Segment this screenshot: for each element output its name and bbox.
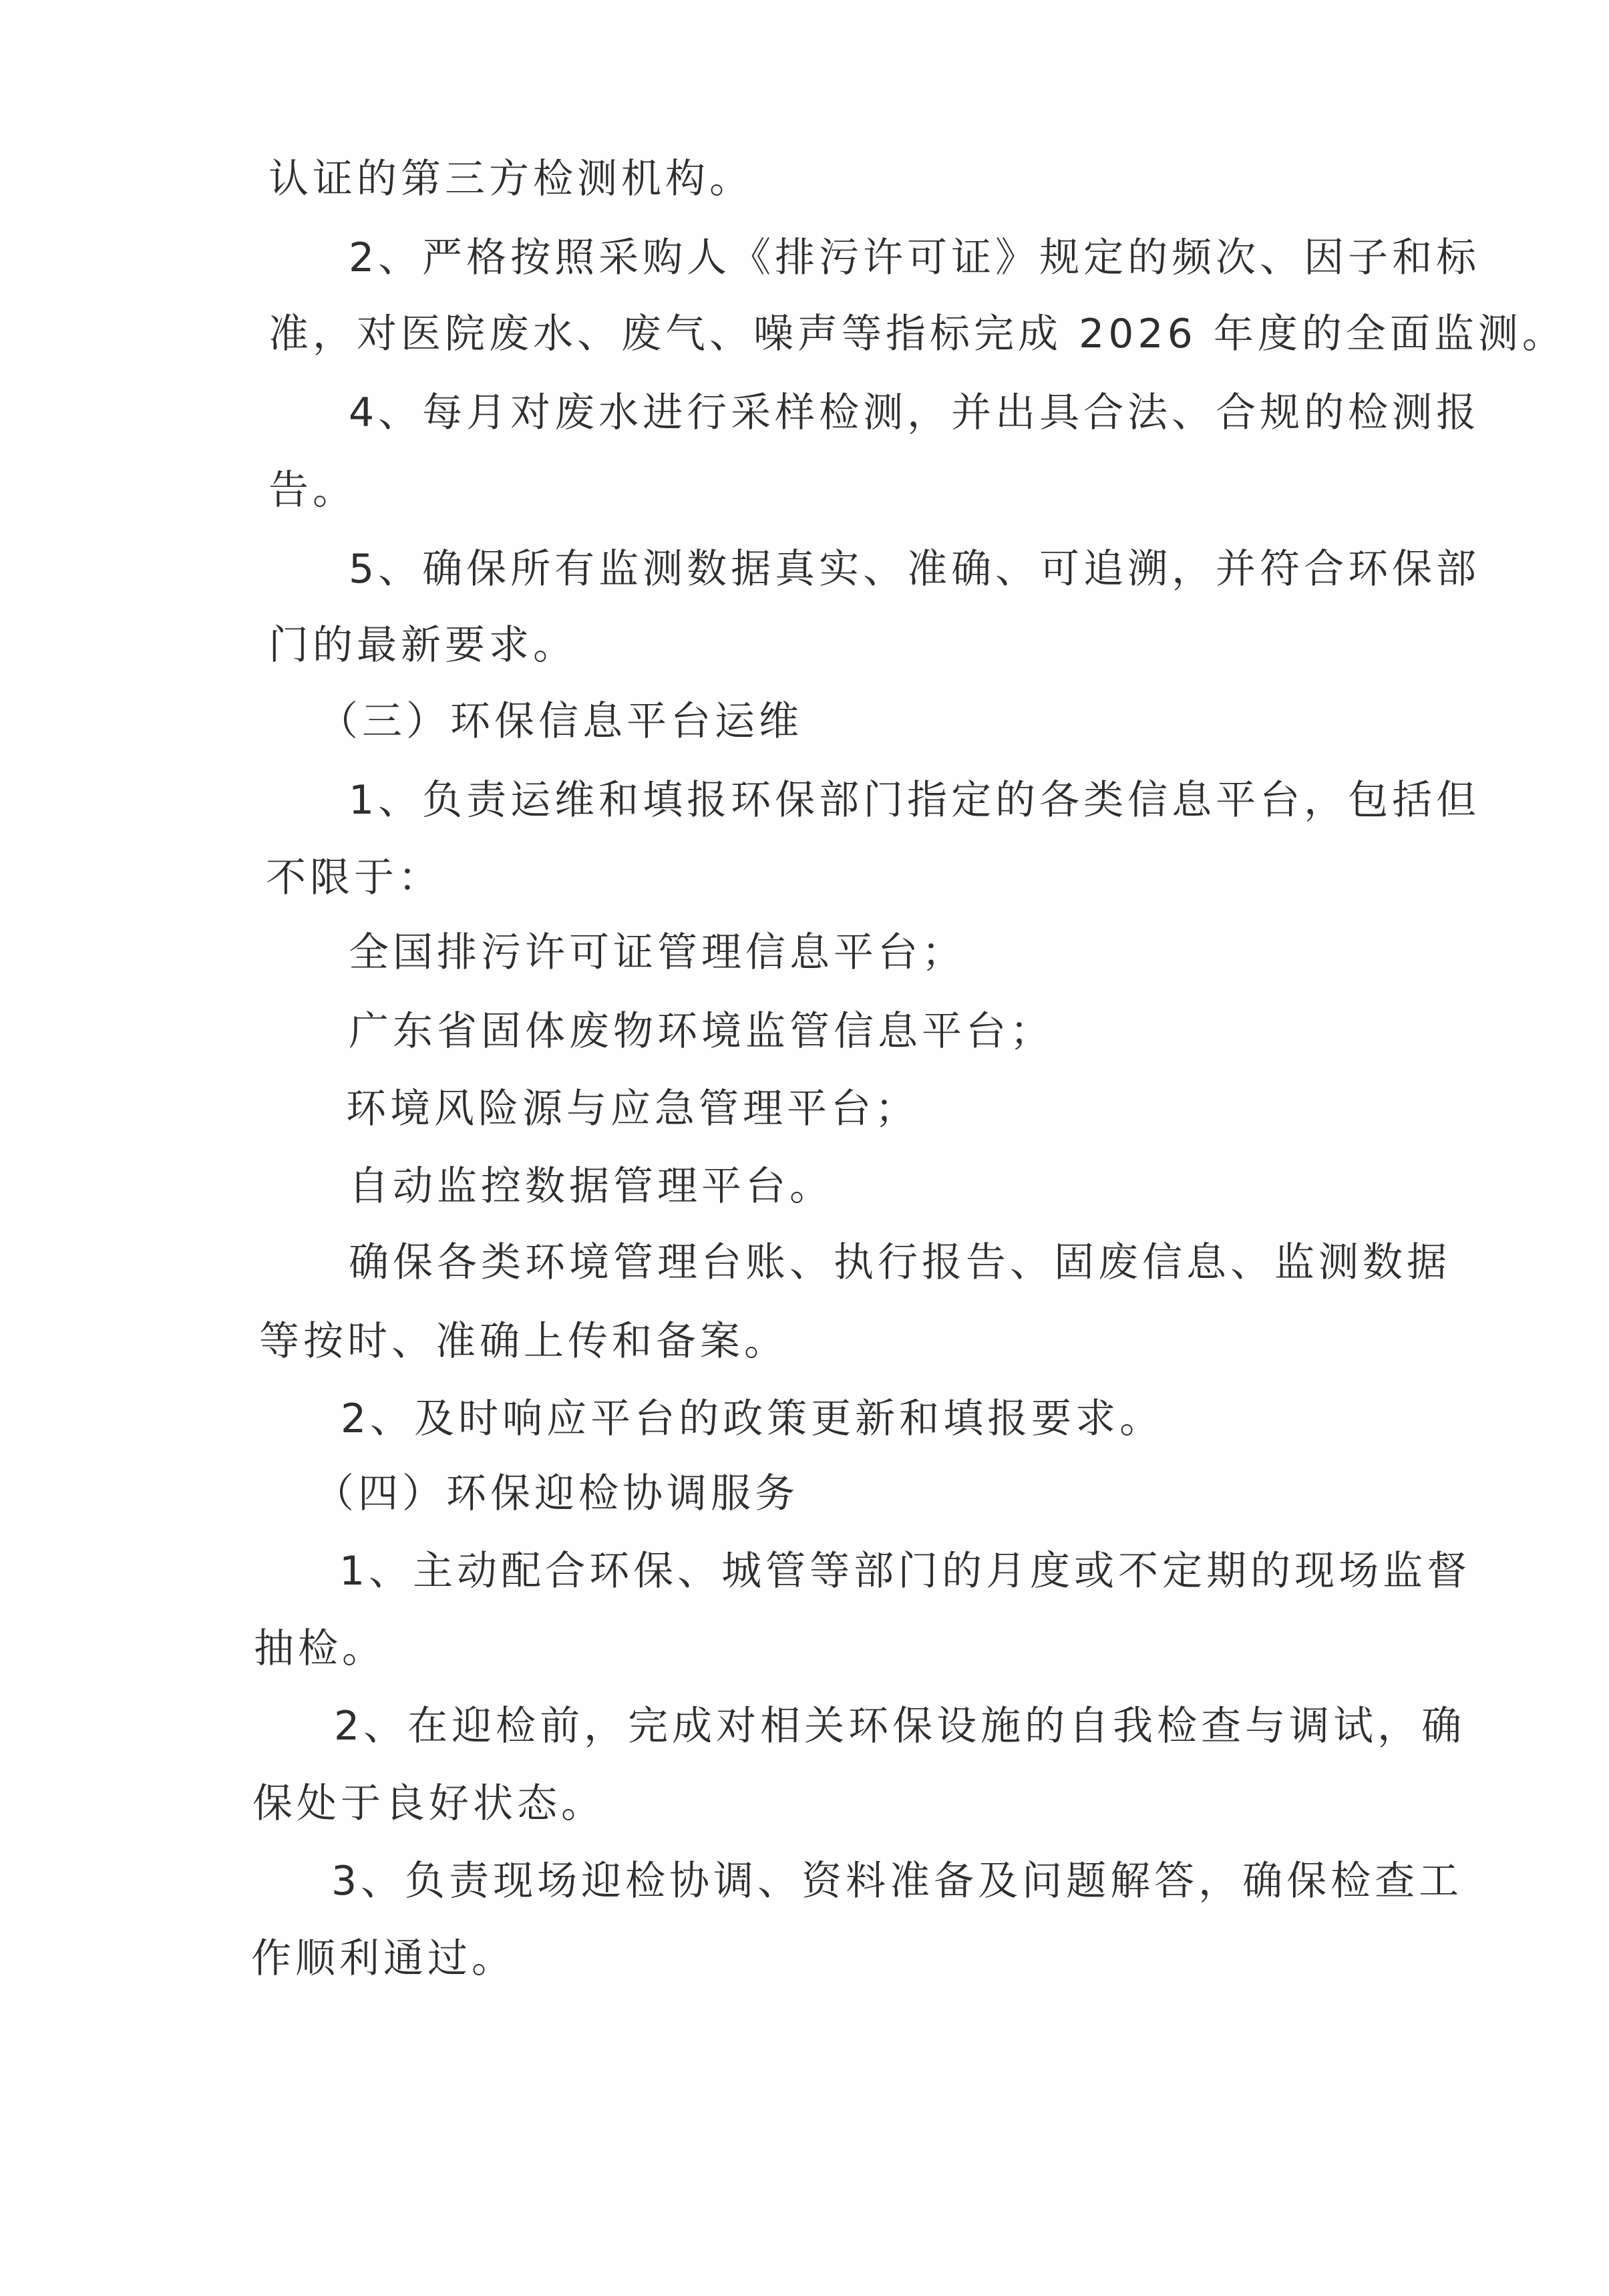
body-text-line: 作顺利通过。 <box>251 1932 516 1985</box>
platform-item: 广东省固体废物环境监管信息平台； <box>349 1005 1054 1058</box>
platform-item: 自动监控数据管理平台。 <box>349 1160 834 1213</box>
list-item-2: 2、在迎检前，完成对相关环保设施的自我检查与调试，确 <box>334 1699 1465 1753</box>
body-text-line: 告。 <box>269 464 357 517</box>
list-item-4: 4、每月对废水进行采样检测，并出具合法、合规的检测报 <box>349 386 1480 440</box>
list-item-5: 5、确保所有监测数据真实、准确、可追溯，并符合环保部 <box>349 542 1480 596</box>
list-item-1: 1、负责运维和填报环保部门指定的各类信息平台，包括但 <box>349 774 1480 827</box>
platform-item: 环境风险源与应急管理平台； <box>346 1082 919 1136</box>
list-item-1: 1、主动配合环保、城管等部门的月度或不定期的现场监督 <box>339 1544 1471 1598</box>
list-item-3: 3、负责现场迎检协调、资料准备及问题解答，确保检查工 <box>331 1854 1463 1908</box>
body-text-line: 抽检。 <box>254 1622 386 1675</box>
list-item-2: 2、严格按照采购人《排污许可证》规定的频次、因子和标 <box>349 231 1480 285</box>
body-text-line: 等按时、准确上传和备案。 <box>259 1315 788 1368</box>
body-text-line: 准，对医院废水、废气、噪声等指标完成 2026 年度的全面监测。 <box>269 307 1566 361</box>
section-heading-3: （三）环保信息平台运维 <box>318 695 803 748</box>
body-text-line: 门的最新要求。 <box>269 619 577 672</box>
list-item-2: 2、及时响应平台的政策更新和填报要求。 <box>341 1392 1164 1446</box>
body-text-line: 认证的第三方检测机构。 <box>269 152 753 206</box>
platform-item: 全国排污许可证管理信息平台； <box>349 926 966 979</box>
body-text-line: 不限于： <box>266 851 442 905</box>
document-page: 认证的第三方检测机构。2、严格按照采购人《排污许可证》规定的频次、因子和标准，对… <box>0 0 1609 2296</box>
section-heading-4: （四）环保迎检协调服务 <box>314 1467 799 1520</box>
body-text-line: 保处于良好状态。 <box>252 1777 605 1830</box>
body-text-line: 确保各类环境管理台账、执行报告、固废信息、监测数据 <box>349 1236 1451 1289</box>
